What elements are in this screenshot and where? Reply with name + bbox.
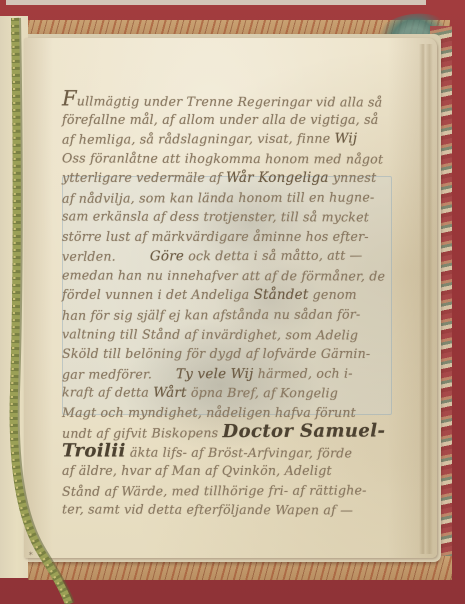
- manuscript-line: undt af gifvit Biskopens Doctor Samuel-: [62, 421, 428, 442]
- manuscript-line: valtning till Stånd af invärdighet, som …: [62, 324, 428, 345]
- text-segment: ter, samt vid detta efterföljande Wapen …: [62, 502, 353, 518]
- manuscript-line: gar medförer.Ty vele Wij härmed, och i-: [62, 363, 428, 384]
- manuscript-line: större lust af märkvärdigare åminne hos …: [62, 227, 428, 247]
- manuscript-line: ytterligare vedermäle af Wår Kongeliga y…: [62, 168, 428, 188]
- text-segment: förefallne mål, af allom under alla de v…: [62, 112, 378, 127]
- text-segment: härmed, och i-: [253, 365, 352, 380]
- manuscript-line: af äldre, hvar af Man af Qvinkön, Adelig…: [62, 461, 428, 481]
- text-segment: Doctor Samuel-: [222, 421, 385, 443]
- manuscript-line: Stånd af Wärde, med tillhörige fri- af r…: [62, 480, 428, 501]
- text-segment: gar medförer.: [62, 366, 152, 381]
- manuscript-line: förefallne mål, af allom under alla de v…: [62, 110, 428, 130]
- text-segment: af hemliga, så rådslagningar, visat, fin…: [62, 131, 335, 147]
- text-segment: Magt och myndighet, nådeligen hafva föru…: [62, 405, 356, 420]
- manuscript-photo: Fullmägtig under Trenne Regeringar vid a…: [0, 0, 465, 604]
- manuscript-text: Fullmägtig under Trenne Regeringar vid a…: [62, 90, 428, 520]
- manuscript-line: ter, samt vid detta efterföljande Wapen …: [62, 500, 428, 521]
- text-segment: sam erkänsla af dess trotjenster, till s…: [62, 209, 369, 225]
- text-segment: ytterligare vedermäle af: [62, 170, 226, 185]
- text-segment: Wij: [335, 131, 358, 147]
- manuscript-line: Oss föranlåtne att ihogkomma honom med n…: [62, 148, 428, 169]
- text-segment: Wår Kongeliga: [226, 170, 329, 186]
- manuscript-line: Fullmägtig under Trenne Regeringar vid a…: [62, 89, 428, 110]
- text-segment: Troilii: [62, 440, 126, 461]
- text-segment: Ståndet: [254, 287, 309, 303]
- manuscript-line: Troilii äkta lifs- af Bröst-Arfvingar, f…: [62, 441, 428, 462]
- text-segment: verlden.: [62, 249, 116, 264]
- text-segment: Göre: [150, 249, 184, 265]
- text-segment: Ty vele Wij: [176, 366, 254, 382]
- text-segment: fördel vunnen i det Andeliga: [62, 287, 254, 302]
- text-segment: Oss föranlåtne att ihogkomma honom med n…: [62, 150, 383, 166]
- text-segment: valtning till Stånd af invärdighet, som …: [62, 326, 358, 342]
- text-segment: äkta lifs- af Bröst-Arfvingar, förde: [126, 444, 352, 460]
- text-segment: Sköld till belöning för dygd af lofvärde…: [62, 346, 370, 361]
- pen-mark: ∗ –: [28, 549, 43, 558]
- text-segment: ullmägtig under Trenne Regeringar vid al…: [77, 93, 383, 109]
- manuscript-line: han för sig själf ej kan afstånda nu såd…: [62, 304, 428, 325]
- text-segment: större lust af märkvärdigare åminne hos …: [62, 229, 369, 244]
- text-segment: ynnest: [329, 170, 377, 185]
- manuscript-line: emedan han nu innehafver att af de förmå…: [62, 265, 428, 286]
- manuscript-line: kraft af detta Wårt öpna Bref, af Kongel…: [62, 383, 428, 404]
- text-segment: af äldre, hvar af Man af Qvinkön, Adelig…: [62, 463, 332, 478]
- text-segment: emedan han nu innehafver att af de förmå…: [62, 267, 385, 283]
- text-segment: af nådvilja, som kan lända honom till en…: [62, 189, 375, 205]
- manuscript-line: af nådvilja, som kan lända honom till en…: [62, 187, 428, 208]
- manuscript-line: fördel vunnen i det Andeliga Ståndet gen…: [62, 285, 428, 305]
- manuscript-line: verlden.Göre ock detta i så måtto, att —: [62, 246, 428, 267]
- manuscript-line: Magt och myndighet, nådeligen hafva föru…: [62, 403, 428, 423]
- manuscript-line: Sköld till belöning för dygd af lofvärde…: [62, 344, 428, 364]
- text-segment: kraft af detta: [62, 385, 153, 400]
- manuscript-line: sam erkänsla af dess trotjenster, till s…: [62, 207, 428, 228]
- text-segment: han för sig själf ej kan afstånda nu såd…: [62, 307, 361, 323]
- manuscript-line: af hemliga, så rådslagningar, visat, fin…: [62, 128, 428, 149]
- text-segment: undt af gifvit Biskopens: [62, 425, 223, 441]
- text-segment: genom: [308, 287, 356, 302]
- text-segment: Wårt: [153, 385, 186, 401]
- text-segment: ock detta i så måtto, att —: [184, 248, 362, 264]
- text-segment: F: [62, 86, 77, 110]
- text-segment: öpna Bref, af Kongelig: [187, 385, 338, 401]
- text-segment: Stånd af Wärde, med tillhörige fri- af r…: [62, 482, 367, 498]
- board-edge: [6, 0, 426, 5]
